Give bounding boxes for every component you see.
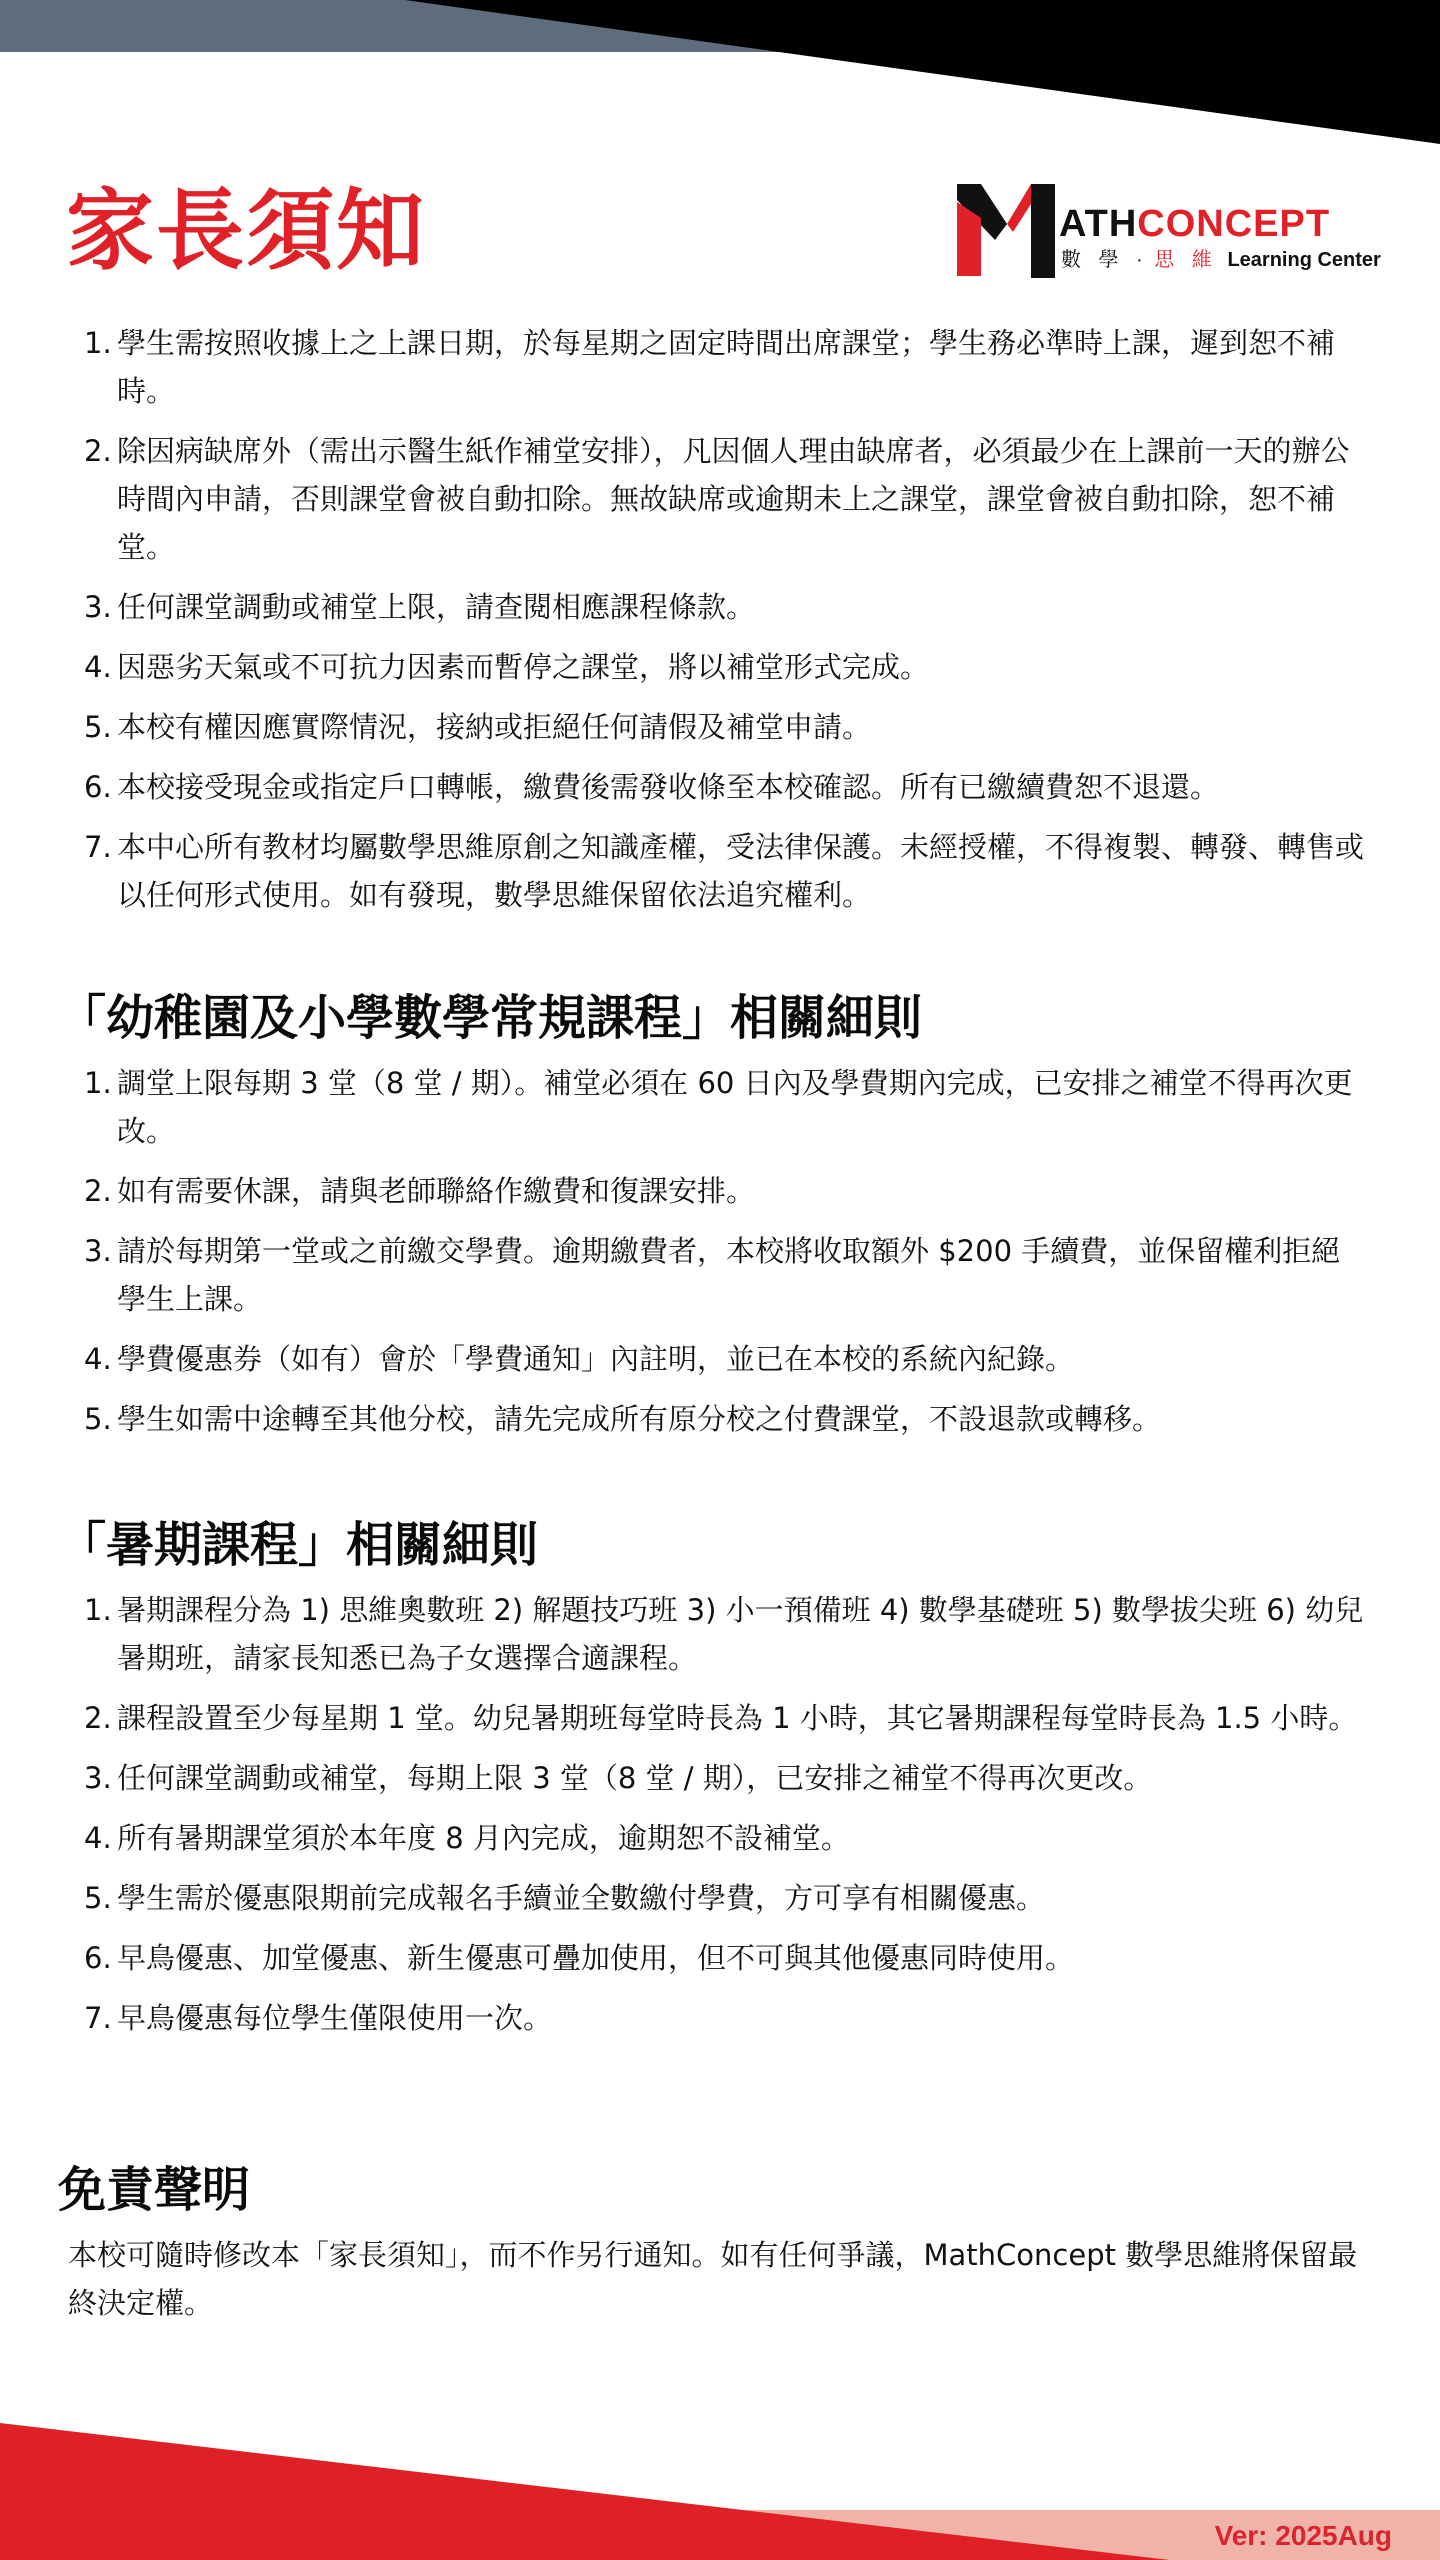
item-text: 所有暑期課堂須於本年度 8 月內完成，逾期恕不設補堂。 [117, 1821, 850, 1855]
item-text: 早鳥優惠、加堂優惠、新生優惠可疊加使用，但不可與其他優惠同時使用。 [117, 1941, 1074, 1975]
item-number: 7. [84, 823, 112, 871]
list-item: 6.本校接受現金或指定戶口轉帳，繳費後需發收條至本校確認。所有已繳續費恕不退還。 [84, 763, 1364, 811]
list-item: 4.因惡劣天氣或不可抗力因素而暫停之課堂，將以補堂形式完成。 [84, 643, 1364, 691]
logo-sub-math: 數 學 · [1061, 249, 1149, 271]
list-item: 1.調堂上限每期 3 堂（8 堂 / 期）。補堂必須在 60 日內及學費期內完成… [84, 1059, 1364, 1155]
list-item: 2.課程設置至少每星期 1 堂。幼兒暑期班每堂時長為 1 小時，其它暑期課程每堂… [84, 1694, 1364, 1742]
page-title: 家長須知 [66, 176, 426, 286]
list-item: 3.任何課堂調動或補堂，每期上限 3 堂（8 堂 / 期），已安排之補堂不得再次… [84, 1754, 1364, 1802]
list-item: 5.學生需於優惠限期前完成報名手續並全數繳付學費，方可享有相關優惠。 [84, 1874, 1364, 1922]
list-item: 5.本校有權因應實際情況，接納或拒絕任何請假及補堂申請。 [84, 703, 1364, 751]
item-number: 1. [84, 319, 112, 367]
section-heading-disclaimer: 免責聲明 [58, 2160, 250, 2220]
item-number: 1. [84, 1586, 112, 1634]
item-text: 學生如需中途轉至其他分校，請先完成所有原分校之付費課堂，不設退款或轉移。 [117, 1402, 1161, 1436]
list-item: 3.請於每期第一堂或之前繳交學費。逾期繳費者，本校將收取額外 $200 手續費，… [84, 1227, 1364, 1323]
item-text: 除因病缺席外（需出示醫生紙作補堂安排），凡因個人理由缺席者，必須最少在上課前一天… [117, 434, 1350, 564]
item-number: 4. [84, 643, 112, 691]
black-top-wedge [405, 0, 1440, 144]
mathconcept-logo: ATHCONCEPT 數 學 · 思 維 Learning Center [955, 180, 1370, 280]
item-text: 任何課堂調動或補堂上限，請查閱相應課程條款。 [117, 590, 755, 624]
list-item: 1.學生需按照收據上之上課日期，於每星期之固定時間出席課堂；學生務必準時上課，遲… [84, 319, 1364, 415]
section-heading-summer-course: 「暑期課程」相關細則 [58, 1515, 538, 1575]
item-text: 暑期課程分為 1) 思維奧數班 2) 解題技巧班 3) 小一預備班 4) 數學基… [117, 1593, 1363, 1675]
item-number: 4. [84, 1814, 112, 1862]
list-item: 5.學生如需中途轉至其他分校，請先完成所有原分校之付費課堂，不設退款或轉移。 [84, 1395, 1364, 1443]
logo-wordmark-concept: CONCEPT [1137, 203, 1330, 245]
list-item: 2.除因病缺席外（需出示醫生紙作補堂安排），凡因個人理由缺席者，必須最少在上課前… [84, 427, 1364, 571]
item-number: 2. [84, 1694, 112, 1742]
regular-course-rules-list: 1.調堂上限每期 3 堂（8 堂 / 期）。補堂必須在 60 日內及學費期內完成… [84, 1059, 1364, 1455]
item-number: 7. [84, 1994, 112, 2042]
list-item: 4.所有暑期課堂須於本年度 8 月內完成，逾期恕不設補堂。 [84, 1814, 1364, 1862]
summer-course-rules-list: 1.暑期課程分為 1) 思維奧數班 2) 解題技巧班 3) 小一預備班 4) 數… [84, 1586, 1364, 2054]
disclaimer-text: 本校可隨時修改本「家長須知」，而不作另行通知。如有任何爭議，MathConcep… [68, 2231, 1368, 2327]
item-number: 5. [84, 1874, 112, 1922]
item-text: 課程設置至少每星期 1 堂。幼兒暑期班每堂時長為 1 小時，其它暑期課程每堂時長… [117, 1701, 1357, 1735]
list-item: 3.任何課堂調動或補堂上限，請查閱相應課程條款。 [84, 583, 1364, 631]
logo-wordmark: ATHCONCEPT [1059, 204, 1330, 244]
item-text: 本校接受現金或指定戶口轉帳，繳費後需發收條至本校確認。所有已繳續費恕不退還。 [117, 770, 1219, 804]
gray-top-band [0, 0, 1440, 52]
item-text: 早鳥優惠每位學生僅限使用一次。 [117, 2001, 552, 2035]
item-text: 因惡劣天氣或不可抗力因素而暫停之課堂，將以補堂形式完成。 [117, 650, 929, 684]
m-logo-icon [955, 180, 1055, 280]
item-number: 2. [84, 427, 112, 475]
logo-subtitle: 數 學 · 思 維 Learning Center [1061, 248, 1381, 272]
logo-sub-learning-center: Learning Center [1227, 249, 1380, 271]
red-footer-wedge [0, 2423, 1170, 2560]
logo-wordmark-ath: ATH [1059, 203, 1137, 245]
item-text: 學生需按照收據上之上課日期，於每星期之固定時間出席課堂；學生務必準時上課，遲到恕… [117, 326, 1335, 408]
item-number: 5. [84, 703, 112, 751]
item-number: 6. [84, 1934, 112, 1982]
item-text: 任何課堂調動或補堂，每期上限 3 堂（8 堂 / 期），已安排之補堂不得再次更改… [117, 1761, 1152, 1795]
logo-sub-thinking: 思 維 [1154, 249, 1218, 271]
list-item: 7.早鳥優惠每位學生僅限使用一次。 [84, 1994, 1364, 2042]
item-number: 1. [84, 1059, 112, 1107]
item-text: 調堂上限每期 3 堂（8 堂 / 期）。補堂必須在 60 日內及學費期內完成，已… [117, 1066, 1353, 1148]
item-text: 本校有權因應實際情況，接納或拒絕任何請假及補堂申請。 [117, 710, 871, 744]
item-number: 3. [84, 1754, 112, 1802]
general-rules-list: 1.學生需按照收據上之上課日期，於每星期之固定時間出席課堂；學生務必準時上課，遲… [84, 319, 1364, 931]
list-item: 2.如有需要休課，請與老師聯絡作繳費和復課安排。 [84, 1167, 1364, 1215]
item-text: 如有需要休課，請與老師聯絡作繳費和復課安排。 [117, 1174, 755, 1208]
item-text: 本中心所有教材均屬數學思維原創之知識產權，受法律保護。未經授權，不得複製、轉發、… [117, 830, 1364, 912]
item-number: 3. [84, 1227, 112, 1275]
item-number: 5. [84, 1395, 112, 1443]
item-number: 4. [84, 1335, 112, 1383]
item-number: 3. [84, 583, 112, 631]
item-number: 6. [84, 763, 112, 811]
list-item: 6.早鳥優惠、加堂優惠、新生優惠可疊加使用，但不可與其他優惠同時使用。 [84, 1934, 1364, 1982]
item-text: 學費優惠券（如有）會於「學費通知」內註明，並已在本校的系統內紀錄。 [117, 1342, 1074, 1376]
version-label: Ver: 2025Aug [1215, 2518, 1392, 2554]
list-item: 1.暑期課程分為 1) 思維奧數班 2) 解題技巧班 3) 小一預備班 4) 數… [84, 1586, 1364, 1682]
item-number: 2. [84, 1167, 112, 1215]
item-text: 學生需於優惠限期前完成報名手續並全數繳付學費，方可享有相關優惠。 [117, 1881, 1045, 1915]
list-item: 7.本中心所有教材均屬數學思維原創之知識產權，受法律保護。未經授權，不得複製、轉… [84, 823, 1364, 919]
section-heading-regular-course: 「幼稚園及小學數學常規課程」相關細則 [58, 988, 922, 1048]
list-item: 4.學費優惠券（如有）會於「學費通知」內註明，並已在本校的系統內紀錄。 [84, 1335, 1364, 1383]
item-text: 請於每期第一堂或之前繳交學費。逾期繳費者，本校將收取額外 $200 手續費，並保… [117, 1234, 1340, 1316]
